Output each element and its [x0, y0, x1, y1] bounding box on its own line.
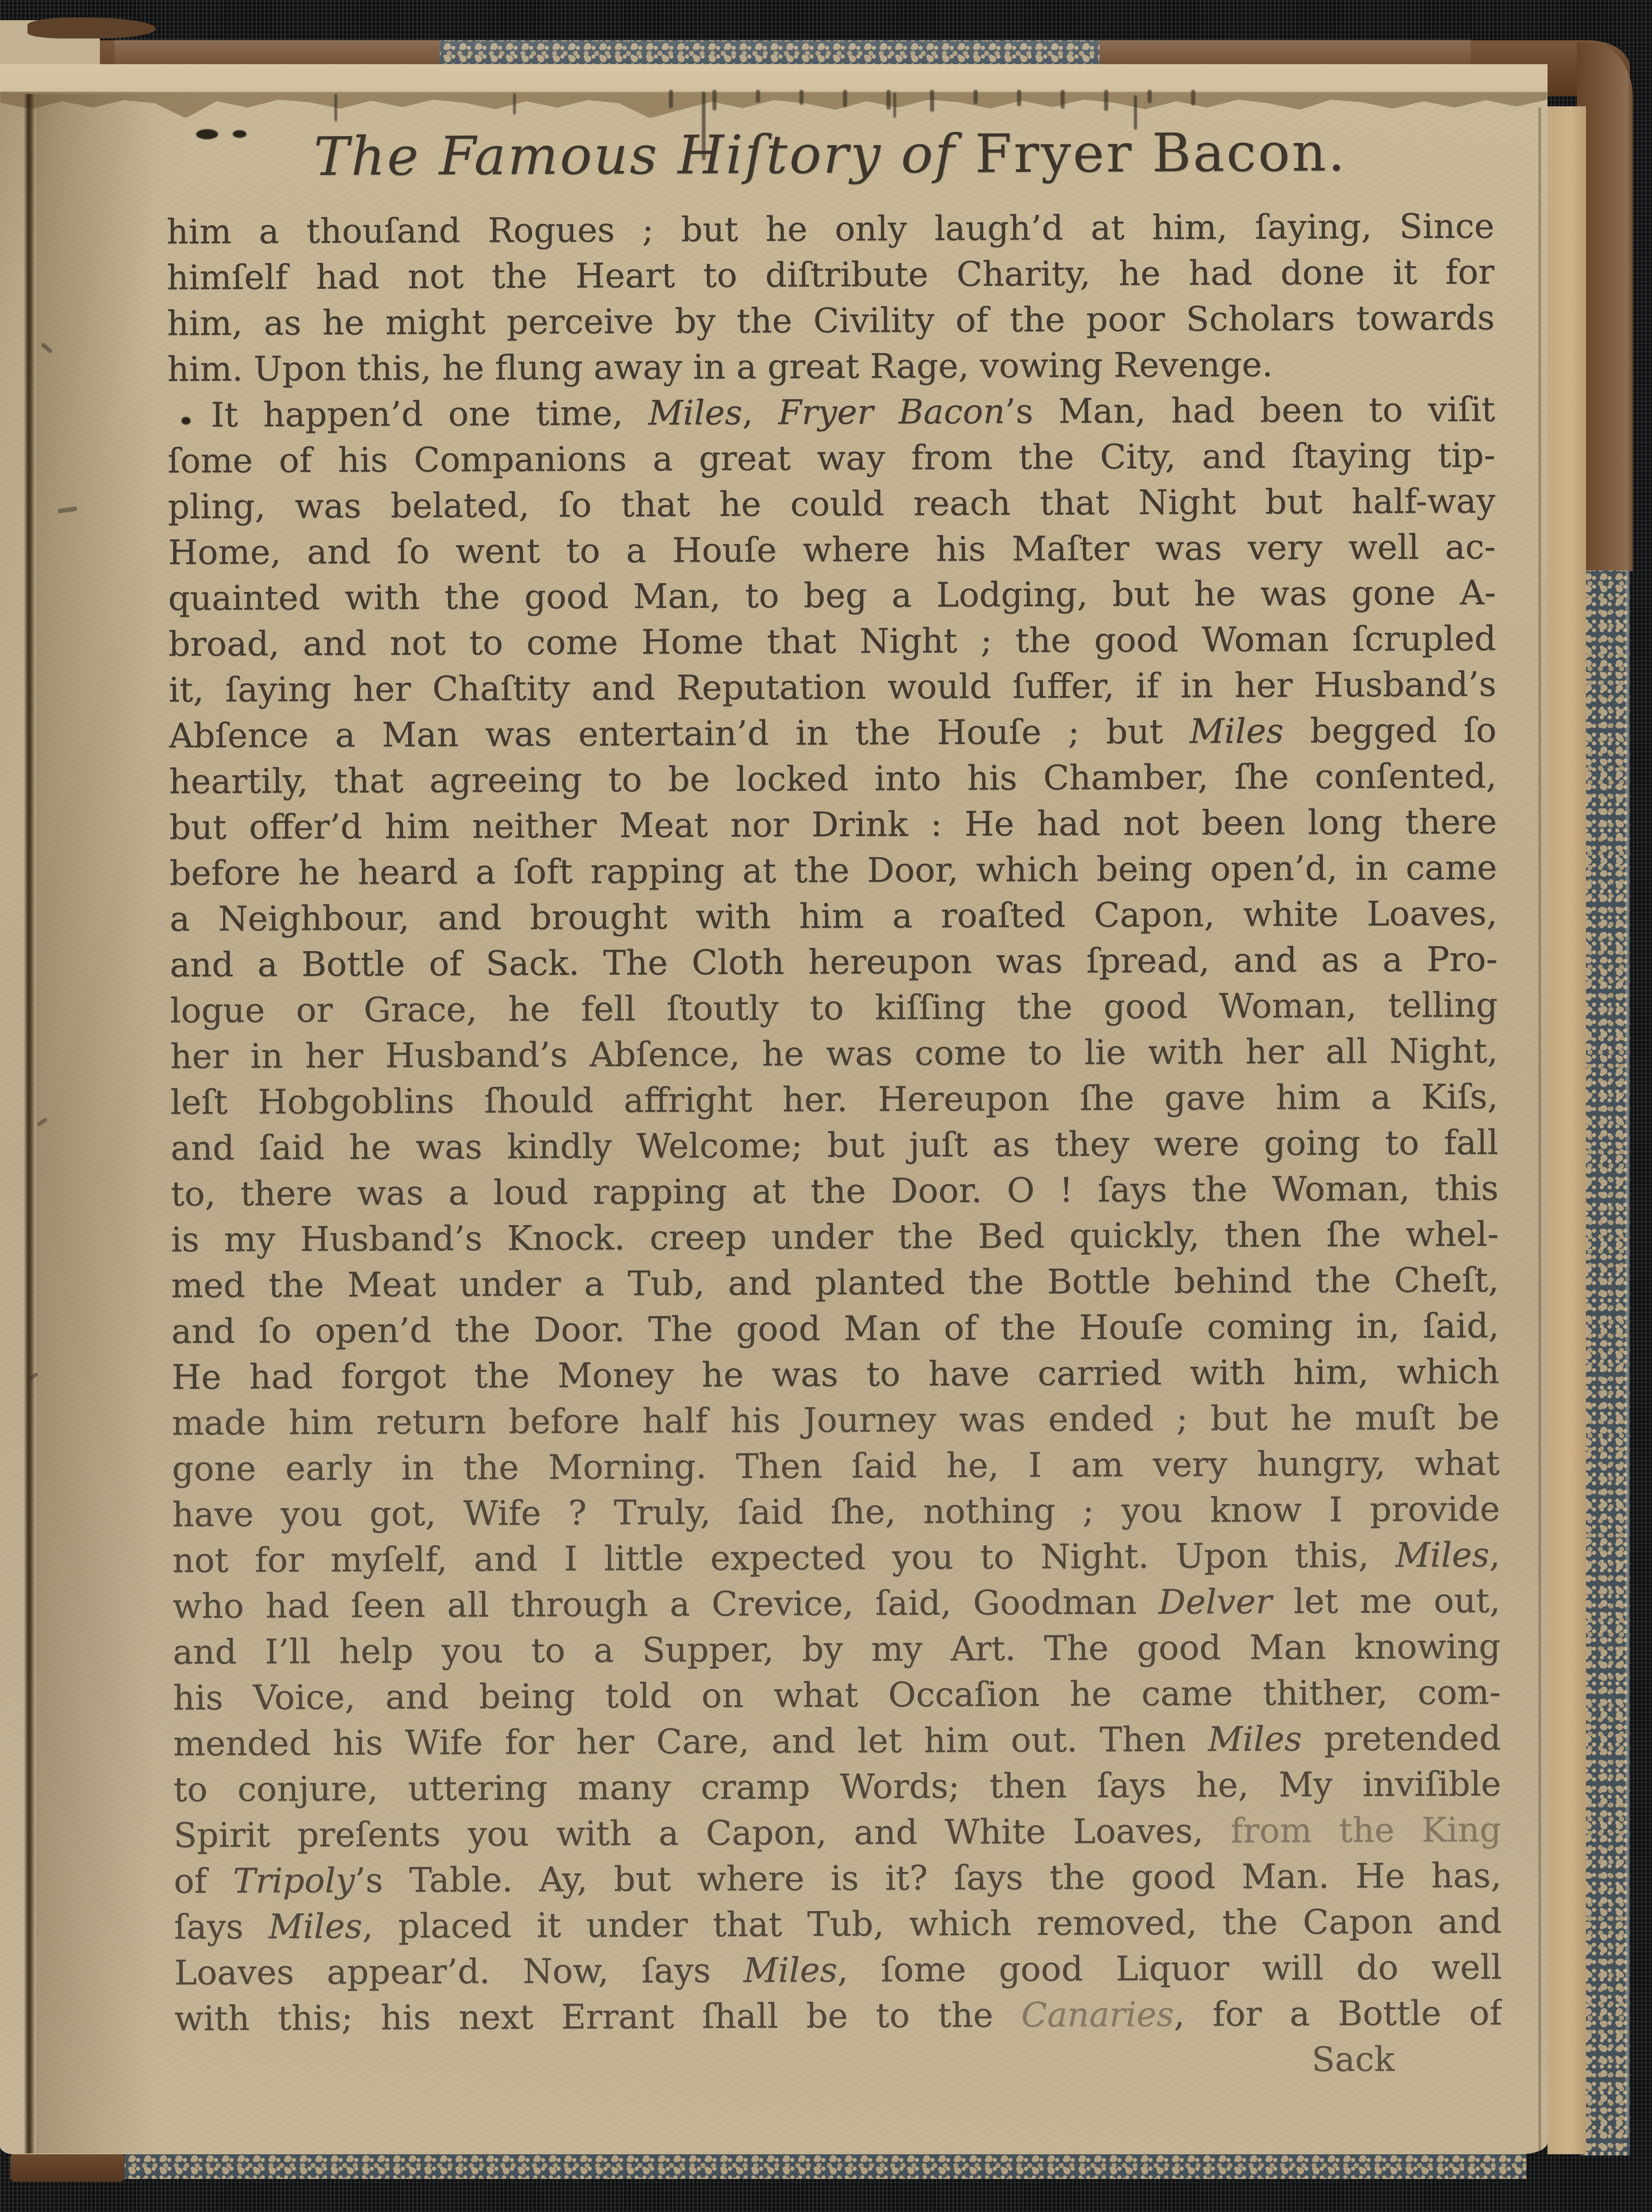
text-segment: of	[174, 1862, 233, 1901]
text-segment: Spirit preſents you with a Capon, and Wh…	[174, 1811, 1231, 1855]
text-line: ſome of his Companions a great way from …	[168, 433, 1495, 484]
text-segment: He had forgot the Money he was to have c…	[171, 1352, 1499, 1397]
text-line: to conjure, uttering many cramp Words; t…	[173, 1761, 1501, 1813]
text-segment: , placed it under that Tub, which remove…	[362, 1902, 1502, 1946]
torn-edge-mark	[756, 90, 760, 103]
text-segment: have you got, Wife ? Truly, ſaid ſhe, no…	[172, 1489, 1500, 1535]
torn-edge-mark	[1104, 90, 1108, 111]
text-segment: logue or Grace, he fell ſtoutly to kiſſi…	[170, 986, 1498, 1031]
text-line: before he heard a ſoft rapping at the Do…	[170, 845, 1497, 897]
text-segment: let me out,	[1272, 1581, 1500, 1621]
text-line: and ſaid he was kindly Welcome; but juſt…	[170, 1120, 1498, 1172]
text-line: her in her Husband’s Abſence, he was com…	[170, 1028, 1498, 1080]
text-block: The Famous Hiſtory of Fryer Bacon. him a…	[166, 112, 1503, 2088]
page-crease	[1538, 108, 1541, 2151]
torn-edge-mark	[799, 90, 804, 105]
gutter-shadow	[24, 94, 36, 2153]
torn-leather-fragment	[27, 17, 156, 38]
italic-text-segment: Miles	[1190, 712, 1284, 751]
text-line: himſelf had not the Heart to diſtribute …	[167, 249, 1494, 301]
text-line: Abſence a Man was entertain’d in the Hou…	[169, 707, 1496, 759]
text-line: have you got, Wife ? Truly, ſaid ſhe, no…	[172, 1486, 1500, 1538]
text-segment: her in her Husband’s Abſence, he was com…	[170, 1031, 1498, 1077]
text-segment: mended his Wife for her Care, and let hi…	[173, 1719, 1208, 1763]
text-segment: himſelf had not the Heart to diſtribute …	[167, 252, 1494, 298]
text-line: logue or Grace, he fell ſtoutly to kiſſi…	[170, 982, 1498, 1034]
text-line: his Voice, and being told on what Occaſi…	[173, 1670, 1500, 1721]
text-segment: him a thouſand Rogues ; but he only laug…	[167, 207, 1494, 252]
text-segment: ,	[1489, 1535, 1500, 1575]
torn-edge-mark	[1017, 90, 1021, 106]
page-title: The Famous Hiſtory of Fryer Bacon.	[166, 112, 1494, 198]
cover-edge-highlight	[1625, 570, 1629, 2137]
text-segment: leſt Hobgoblins ſhould affright her. Her…	[170, 1077, 1498, 1122]
text-segment: before he heard a ſoft rapping at the Do…	[170, 848, 1497, 893]
text-segment: is my Husband’s Knock. creep under the B…	[171, 1215, 1499, 1260]
italic-text-segment: Miles	[648, 393, 742, 433]
text-line: and I’ll help you to a Supper, by my Art…	[173, 1624, 1500, 1675]
text-segment: not for myſelf, and I little expected yo…	[172, 1536, 1395, 1581]
torn-edge-mark	[843, 90, 847, 107]
text-line: gone early in the Morning. Then ſaid he,…	[172, 1440, 1499, 1492]
text-segment: ’s Table. Ay, but where is it? ſays the …	[355, 1856, 1501, 1900]
text-segment: ſays	[174, 1907, 268, 1947]
text-segment: made him return before half his Journey …	[172, 1398, 1499, 1443]
text-segment: but offer’d him neither Meat nor Drink :…	[169, 802, 1497, 848]
text-segment: begged ſo	[1283, 711, 1496, 751]
text-segment: med the Meat under a Tub, and planted th…	[171, 1260, 1499, 1306]
italic-text-segment: Canaries	[1021, 1995, 1174, 2035]
text-segment: pling, was belated, ſo that he could rea…	[168, 482, 1495, 527]
text-line: Home, and ſo went to a Houſe where his M…	[168, 524, 1496, 576]
text-segment: to, there was a loud rapping at the Door…	[171, 1169, 1499, 1214]
text-segment: and ſaid he was kindly Welcome; but juſt…	[170, 1123, 1498, 1168]
text-line: It happen’d one time, Miles, Fryer Bacon…	[167, 387, 1495, 438]
text-segment: , for a Bottle of	[1174, 1993, 1502, 2034]
text-line: is my Husband’s Knock. creep under the B…	[171, 1211, 1499, 1263]
text-line: him a thouſand Rogues ; but he only laug…	[167, 203, 1494, 255]
text-line: made him return before half his Journey …	[172, 1395, 1499, 1446]
book-photo: The Famous Hiſtory of Fryer Bacon. him a…	[0, 0, 1652, 2212]
text-segment: It happen’d one time,	[211, 394, 648, 435]
text-line: broad, and not to come Home that Night ;…	[168, 616, 1496, 668]
italic-text-segment: Fryer Bacon	[778, 392, 1005, 432]
text-segment: pretended	[1302, 1719, 1501, 1759]
text-segment: and a Bottle of Sack. The Cloth hereupon…	[170, 940, 1498, 985]
underlying-page-edge	[1548, 106, 1586, 2154]
text-segment: a Neighbour, and brought with him a roaſ…	[170, 894, 1497, 939]
text-line: and ſo open’d the Door. The good Man of …	[171, 1303, 1499, 1355]
ink-drip	[513, 93, 516, 115]
text-segment: and ſo open’d the Door. The good Man of …	[171, 1306, 1499, 1352]
torn-edge-mark	[1061, 90, 1065, 109]
page-text: him a thouſand Rogues ; but he only laug…	[167, 203, 1502, 2042]
text-line: not for myſelf, and I little expected yo…	[172, 1532, 1500, 1584]
italic-text-segment: The Famous Hiſtory of	[313, 123, 975, 188]
text-segment: to conjure, uttering many cramp Words; t…	[173, 1764, 1501, 1810]
text-segment: quainted with the good Man, to beg a Lod…	[168, 573, 1496, 619]
cover-bottom-marble	[125, 2152, 1526, 2179]
text-line: quainted with the good Man, to beg a Lod…	[168, 570, 1496, 622]
text-line: him. Upon this, he flung away in a great…	[167, 341, 1495, 393]
text-line: him, as he might perceive by the Civilit…	[167, 295, 1494, 347]
text-segment: heartily, that agreeing to be locked int…	[169, 756, 1497, 802]
text-segment: from the King	[1231, 1810, 1501, 1851]
text-segment: ’s Man, had been to viſit	[1005, 390, 1495, 432]
text-segment: Fryer Bacon.	[975, 121, 1347, 185]
italic-text-segment: Miles	[1208, 1719, 1302, 1759]
text-segment: ſome of his Companions a great way from …	[168, 436, 1495, 481]
cover-right-marble	[1581, 570, 1630, 2156]
text-line: leſt Hobgoblins ſhould affright her. Her…	[170, 1074, 1498, 1126]
text-line: heartily, that agreeing to be locked int…	[169, 753, 1497, 805]
text-line: ſays Miles, placed it under that Tub, wh…	[174, 1899, 1502, 1950]
text-segment: him. Upon this, he flung away in a great…	[167, 345, 1273, 389]
text-line: to, there was a loud rapping at the Door…	[171, 1166, 1499, 1217]
text-segment: Loaves appear’d. Now, ſays	[174, 1951, 744, 1993]
text-line: and a Bottle of Sack. The Cloth hereupon…	[170, 936, 1497, 988]
torn-edge-mark	[712, 90, 717, 110]
torn-edge-mark	[974, 90, 978, 104]
torn-edge-mark	[1148, 90, 1152, 103]
torn-edge-mark	[930, 90, 934, 112]
text-segment: , ſome good Liquor will do well	[837, 1948, 1502, 1990]
text-segment: with this; his next Errant ſhall be to t…	[175, 1995, 1022, 2038]
text-segment: who had ſeen all through a Crevice, ſaid…	[173, 1582, 1159, 1626]
text-segment: him, as he might perceive by the Civilit…	[167, 298, 1494, 344]
text-line: with this; his next Errant ſhall be to t…	[175, 1990, 1502, 2042]
text-line: of Tripoly’s Table. Ay, but where is it?…	[174, 1853, 1501, 1905]
text-line: pling, was belated, ſo that he could rea…	[168, 478, 1495, 530]
gutter-shade	[36, 94, 155, 2153]
text-segment: his Voice, and being told on what Occaſi…	[173, 1673, 1500, 1718]
text-segment: gone early in the Morning. Then ſaid he,…	[172, 1444, 1499, 1489]
text-line: but offer’d him neither Meat nor Drink :…	[169, 799, 1497, 851]
text-line: He had forgot the Money he was to have c…	[171, 1349, 1499, 1401]
italic-text-segment: Tripoly	[233, 1861, 355, 1901]
text-line: it, ſaying her Chaſtity and Reputation w…	[169, 662, 1496, 713]
text-segment: ,	[742, 393, 778, 433]
text-segment: and I’ll help you to a Supper, by my Art…	[173, 1627, 1500, 1672]
italic-text-segment: Miles	[268, 1907, 362, 1947]
text-line: mended his Wife for her Care, and let hi…	[173, 1715, 1501, 1767]
italic-text-segment: Miles	[744, 1950, 837, 1990]
torn-edge-mark	[886, 90, 891, 110]
text-line: Loaves appear’d. Now, ſays Miles, ſome g…	[174, 1944, 1502, 1996]
text-line: Spirit preſents you with a Capon, and Wh…	[174, 1807, 1501, 1859]
torn-edge-mark	[1191, 90, 1195, 105]
text-segment: Abſence a Man was entertain’d in the Hou…	[169, 712, 1190, 756]
catchword: Sack	[175, 2036, 1502, 2088]
torn-edge-mark	[669, 90, 673, 108]
italic-text-segment: Miles	[1395, 1535, 1489, 1575]
text-segment: broad, and not to come Home that Night ;…	[168, 619, 1496, 664]
cover-bottom-leather	[10, 2153, 125, 2182]
italic-text-segment: Delver	[1158, 1582, 1272, 1622]
text-line: a Neighbour, and brought with him a roaſ…	[170, 891, 1497, 942]
text-line: med the Meat under a Tub, and planted th…	[171, 1257, 1499, 1309]
text-line: who had ſeen all through a Crevice, ſaid…	[173, 1578, 1500, 1630]
text-segment: it, ſaying her Chaſtity and Reputation w…	[169, 665, 1496, 710]
text-segment: Home, and ſo went to a Houſe where his M…	[168, 527, 1496, 573]
